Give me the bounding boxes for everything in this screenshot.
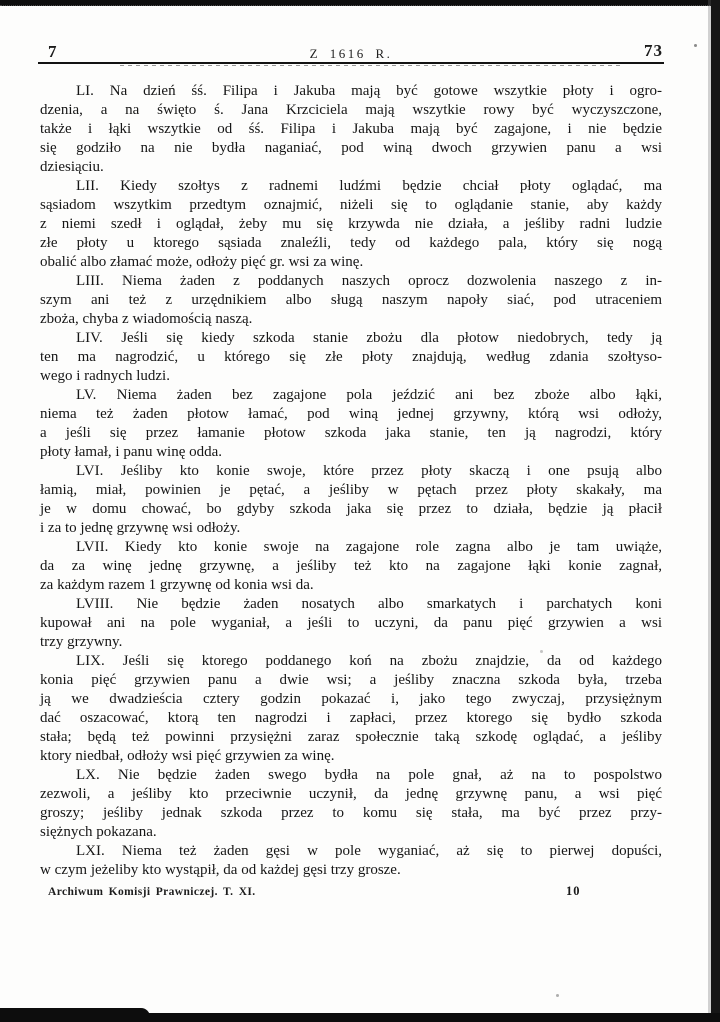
scan-speck (640, 606, 643, 609)
text-line: płoty łamał, i panu winę odda. (40, 443, 662, 462)
text-line: a jeśli się przez łamanie płotow szkoda … (40, 424, 662, 443)
text-line: zboża, chyba z wiadomością naszą. (40, 310, 662, 329)
text-line: dzenia, a na święto ś. Jana Krzciciela m… (40, 101, 662, 120)
paragraph-LVIII: LVIII. Nie będzie żaden nosatych albo sm… (40, 595, 662, 652)
text-line: LIX. Jeśli się ktorego poddanego koń na … (40, 652, 662, 671)
text-line: ktory niedbał, odłoży wsi pięć grzywien … (40, 747, 662, 766)
text-line: złe płoty u ktorego sąsiada znaleźli, te… (40, 234, 662, 253)
text-line: z niemi szedł i oglądał, żeby mu się krz… (40, 215, 662, 234)
text-line: kupował ani na pole wyganiał, a jeśli to… (40, 614, 662, 633)
text-line: niema też żaden płotow łamać, pod winą j… (40, 405, 662, 424)
footer-signature-mark: 10 (566, 884, 581, 899)
text-line: LV. Niema żaden bez zagajone pola jeździ… (40, 386, 662, 405)
text-line: za każdym razem 1 grzywnę od konia wsi d… (40, 576, 662, 595)
text-line: LVIII. Nie będzie żaden nosatych albo sm… (40, 595, 662, 614)
running-title: Z 1616 R. (40, 46, 662, 62)
paragraph-LXI: LXI. Niema też żaden gęsi w pole wygania… (40, 842, 662, 880)
text-line: LX. Nie będzie żaden swego bydła na pole… (40, 766, 662, 785)
scan-edge-bottom (0, 1013, 720, 1022)
text-line: da za winę jednę grzywnę, a jeśliby też … (40, 557, 662, 576)
text-line: się godziło na nie bydła naganiać, pod w… (40, 139, 662, 158)
page-number-right: 73 (644, 41, 663, 61)
body-text: LI. Na dzień śś. Filipa i Jakuba mają by… (40, 82, 662, 880)
text-line: sąsiadom wszytkim przedtym oznajmić, niż… (40, 196, 662, 215)
text-line: LI. Na dzień śś. Filipa i Jakuba mają by… (40, 82, 662, 101)
text-line: LVII. Kiedy kto konie swoje na zagajone … (40, 538, 662, 557)
paragraph-LVII: LVII. Kiedy kto konie swoje na zagajone … (40, 538, 662, 595)
paragraph-LV: LV. Niema żaden bez zagajone pola jeździ… (40, 386, 662, 462)
paragraph-LX: LX. Nie będzie żaden swego bydła na pole… (40, 766, 662, 842)
scan-edge-top (0, 0, 720, 6)
text-line: łamią, miał, powinien je pętać, a jeślib… (40, 481, 662, 500)
header-rule-dotted (120, 65, 620, 66)
text-line: stała; będą też powinni przysiężni zaraz… (40, 728, 662, 747)
text-line: trzy grzywny. (40, 633, 662, 652)
scan-edge-right (711, 0, 720, 1022)
text-line: LII. Kiedy szołtys z radnemi ludźmi będz… (40, 177, 662, 196)
text-line: szym ani też z urzędnikiem albo sługą na… (40, 291, 662, 310)
header-rule (38, 62, 664, 64)
paragraph-LVI: LVI. Jeśliby kto konie swoje, które prze… (40, 462, 662, 538)
paragraph-LIX: LIX. Jeśli się ktorego poddanego koń na … (40, 652, 662, 766)
scanned-page: 7 Z 1616 R. 73 LI. Na dzień śś. Filipa i… (0, 0, 720, 1022)
paragraph-LIII: LIII. Niema żaden z poddanych naszych op… (40, 272, 662, 329)
footer-imprint: Archiwum Komisji Prawniczej. T. XI. (48, 886, 256, 898)
text-line: ją we dwadzieścia cztery godzin pokazać … (40, 690, 662, 709)
text-line: LVI. Jeśliby kto konie swoje, które prze… (40, 462, 662, 481)
text-line: dziesiąciu. (40, 158, 662, 177)
text-line: i za to jednę grzywnę wsi odłoży. (40, 519, 662, 538)
text-line: wego i radnych ludzi. (40, 367, 662, 386)
text-line: je w domu chować, bo gdyby szkoda jaka s… (40, 500, 662, 519)
text-line: w czym jeżeliby kto wystąpił, da od każd… (40, 861, 662, 880)
text-line: LIV. Jeśli się kiedy szkoda stanie zbożu… (40, 329, 662, 348)
text-line: siężnych pokazana. (40, 823, 662, 842)
text-line: groszy; jeśliby jednak szkoda przez to k… (40, 804, 662, 823)
text-line: LIII. Niema żaden z poddanych naszych op… (40, 272, 662, 291)
scan-speck (556, 994, 559, 997)
paragraph-LIV: LIV. Jeśli się kiedy szkoda stanie zbożu… (40, 329, 662, 386)
text-line: obalić albo złamać może, odłoży pięć gr.… (40, 253, 662, 272)
scan-speck (540, 650, 543, 653)
paragraph-LI: LI. Na dzień śś. Filipa i Jakuba mają by… (40, 82, 662, 177)
scan-speck (694, 44, 697, 47)
text-line: także i łąki wszytkie od śś. Filipa i Ja… (40, 120, 662, 139)
text-line: LXI. Niema też żaden gęsi w pole wygania… (40, 842, 662, 861)
text-line: zezwoli, a jeśliby kto przeciwnie uczyni… (40, 785, 662, 804)
text-line: ten ma nagrodzić, u którego się złe płot… (40, 348, 662, 367)
text-line: konia pięć grzywien panu a dwie wsi; a j… (40, 671, 662, 690)
text-line: dać oszacować, ktorą ten nagrodzi i zapł… (40, 709, 662, 728)
paragraph-LII: LII. Kiedy szołtys z radnemi ludźmi będz… (40, 177, 662, 272)
